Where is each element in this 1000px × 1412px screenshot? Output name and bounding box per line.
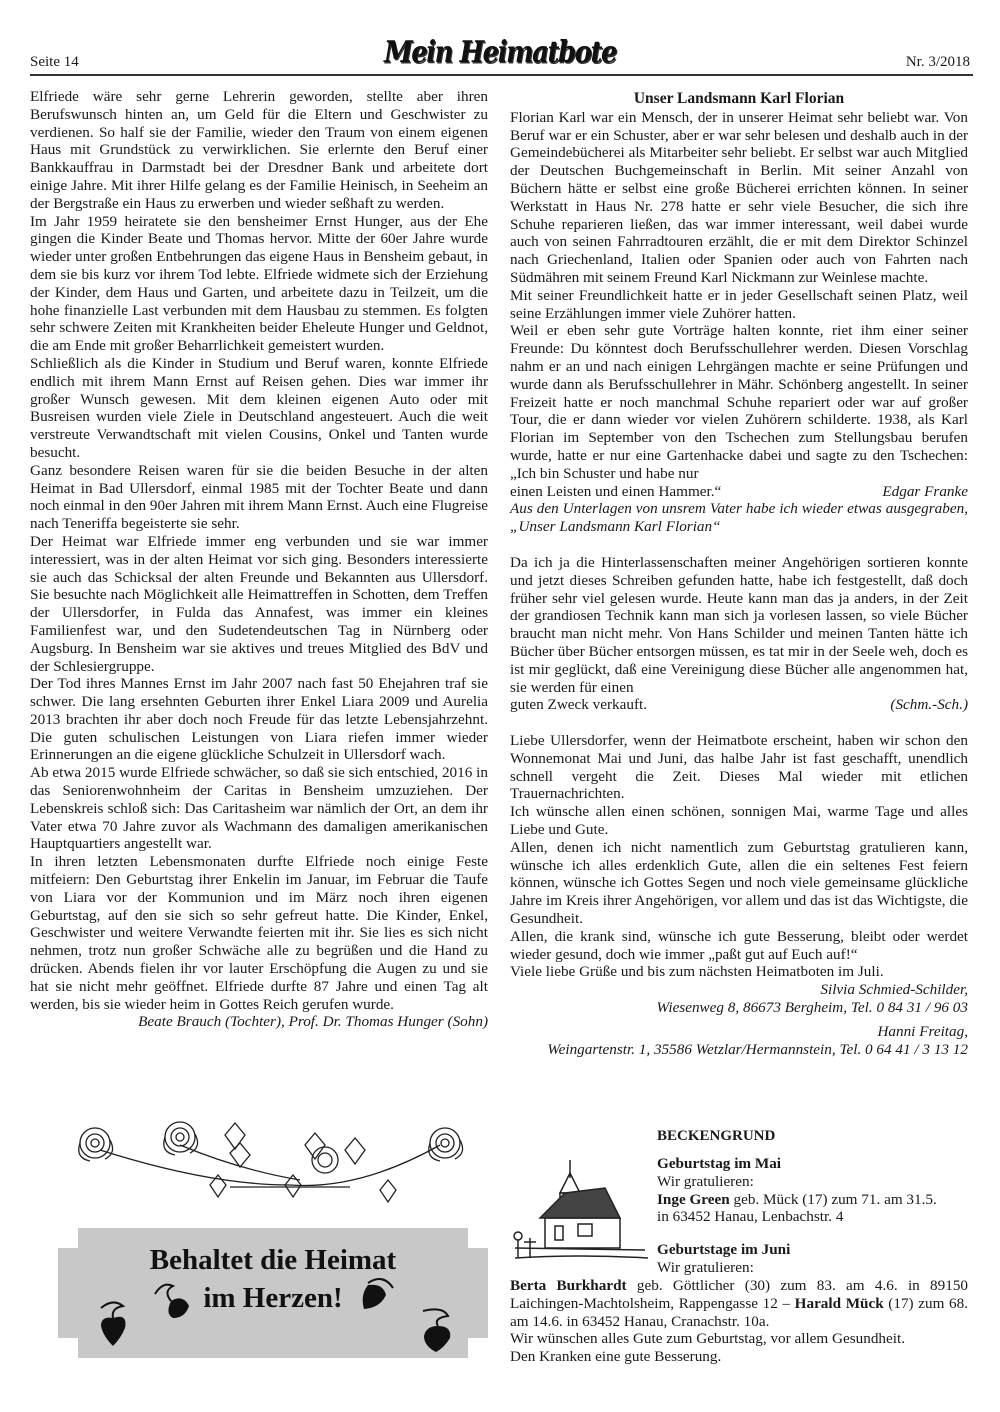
birthdays-may: Geburtstag im Mai Wir gratulieren: Inge … xyxy=(657,1155,968,1226)
issue-number: Nr. 3/2018 xyxy=(906,54,970,71)
contact-address: Weingartenstr. 1, 35586 Wetzlar/Hermanns… xyxy=(510,1041,968,1059)
paragraph: Da ich ja die Hinterlassenschaften meine… xyxy=(510,554,968,696)
paragraph: Schließlich als die Kinder in Studium un… xyxy=(30,355,488,462)
paragraph: Elfriede wäre sehr gerne Lehrerin geword… xyxy=(30,88,488,213)
intro-text: Wir gratulieren: xyxy=(657,1259,968,1277)
entry-address: in 63452 Hanau, Lenbachstr. 4 xyxy=(657,1208,968,1226)
header-rule xyxy=(30,74,973,76)
paragraph: Der Heimat war Elfriede immer eng verbun… xyxy=(30,533,488,675)
books-signature: (Schm.-Sch.) xyxy=(890,696,968,714)
article-title: Unser Landsmann Karl Florian xyxy=(510,90,968,108)
paragraph: Mit seiner Freundlichkeit hatte er in je… xyxy=(510,287,968,323)
paragraph-end: guten Zweck verkauft. xyxy=(510,696,647,714)
closing-text: Wir wünschen alles Gute zum Geburtstag, … xyxy=(510,1330,968,1348)
heart-leaf-icon xyxy=(418,1306,458,1356)
article-note: Aus den Unterlagen von unsrem Vater habe… xyxy=(510,500,968,536)
birthday-entry: Berta Burkhardt geb. Göttlicher (30) zum… xyxy=(510,1277,968,1330)
banner-line-1: Behaltet die Heimat xyxy=(58,1242,488,1278)
right-column: Unser Landsmann Karl Florian Florian Kar… xyxy=(510,88,968,1058)
entry-detail: geb. Mück (17) zum 71. am 31.5. xyxy=(730,1191,937,1208)
article-signature: Beate Brauch (Tochter), Prof. Dr. Thomas… xyxy=(30,1013,488,1031)
birthdays-june-entries: Berta Burkhardt geb. Göttlicher (30) zum… xyxy=(510,1277,968,1366)
paragraph: Im Jahr 1959 heiratete sie den bensheime… xyxy=(30,213,488,355)
paragraph: Allen, die krank sind, wünsche ich gute … xyxy=(510,928,968,964)
subheading: Geburtstag im Mai xyxy=(657,1155,781,1172)
paragraph: Ab etwa 2015 wurde Elfriede schwächer, s… xyxy=(30,764,488,853)
page-header: Seite 14 Mein Heimatbote Nr. 3/2018 xyxy=(30,44,970,72)
person-name: Inge Green xyxy=(657,1191,730,1208)
birthdays-june: Geburtstage im Juni Wir gratulieren: xyxy=(657,1241,968,1277)
paragraph: Weil er eben sehr gute Vorträge halten k… xyxy=(510,322,968,482)
contact-name: Hanni Freitag, xyxy=(510,1023,968,1041)
birthday-entry: Inge Green geb. Mück (17) zum 71. am 31.… xyxy=(657,1191,968,1209)
church-illustration-icon xyxy=(510,1158,650,1263)
paragraph: Allen, denen ich nicht namentlich zum Ge… xyxy=(510,839,968,928)
subheading: Geburtstage im Juni xyxy=(657,1241,790,1258)
heimat-banner: Behaltet die Heimat im Herzen! xyxy=(58,1228,488,1358)
paragraph: Florian Karl war ein Mensch, der in unse… xyxy=(510,109,968,287)
paragraph: Ganz besondere Reisen waren für sie die … xyxy=(30,462,488,533)
person-name: Harald Mück xyxy=(795,1295,884,1312)
article-closing-line: einen Leisten und einen Hammer.“ Edgar F… xyxy=(510,483,968,501)
contact-name: Silvia Schmied-Schilder, xyxy=(510,981,968,999)
paragraph: Viele liebe Grüße und bis zum nächsten H… xyxy=(510,963,968,981)
obituary-article: Elfriede wäre sehr gerne Lehrerin geword… xyxy=(30,88,488,1031)
paragraph-end: einen Leisten und einen Hammer.“ xyxy=(510,483,721,501)
heart-leaf-icon xyxy=(93,1298,133,1348)
paragraph: Liebe Ullersdorfer, wenn der Heimatbote … xyxy=(510,732,968,803)
paragraph: Ich wünsche allen einen schönen, sonnige… xyxy=(510,803,968,839)
page-number: Seite 14 xyxy=(30,54,79,71)
contact-address: Wiesenweg 8, 86673 Bergheim, Tel. 0 84 3… xyxy=(510,999,968,1017)
intro-text: Wir gratulieren: xyxy=(657,1173,968,1191)
masthead-logo: Mein Heimatbote xyxy=(384,36,616,71)
person-name: Berta Burkhardt xyxy=(510,1277,627,1294)
article-author: Edgar Franke xyxy=(882,483,968,501)
paragraph: Der Tod ihres Mannes Ernst im Jahr 2007 … xyxy=(30,675,488,764)
paragraph: In ihren letzten Lebensmonaten durfte El… xyxy=(30,853,488,1013)
closing-text: Den Kranken eine gute Besserung. xyxy=(510,1348,968,1366)
rose-garland-icon xyxy=(60,1115,470,1210)
heart-leaf-icon xyxy=(358,1273,398,1323)
books-closing-line: guten Zweck verkauft. (Schm.-Sch.) xyxy=(510,696,968,714)
section-title: BECKENGRUND xyxy=(657,1128,775,1146)
heart-leaf-icon xyxy=(153,1276,193,1326)
